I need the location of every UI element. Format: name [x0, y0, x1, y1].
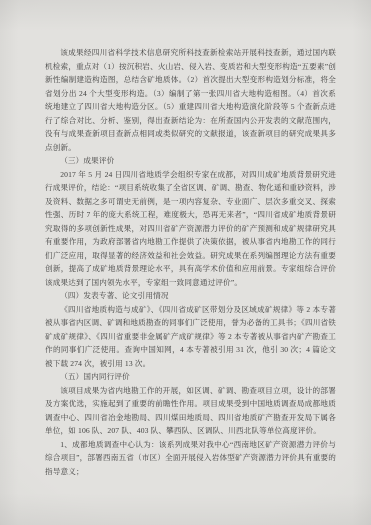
paragraph-novelty-search-conclusion: 该成果经四川省科学技术信息研究所科技查新检索站开展科技查新，通过国内联机检索，重…	[45, 46, 336, 154]
heading-section-4-publications-citations: （四）发表专著、论文引用情况	[45, 289, 336, 303]
document-body: 该成果经四川省科学技术信息研究所科技查新检索站开展科技查新，通过国内联机检索，重…	[45, 46, 336, 478]
paragraph-expert-evaluation: 2017 年 5 月 24 日四川省地质学会组织专家在成都，对四川成矿地质背景研…	[45, 168, 336, 290]
paragraph-chengdu-geological-survey-center-opinion: 1、成都地质调查中心认为：该系列成果对我中心“西南地区矿产资源潜力评价与综合项目…	[45, 438, 336, 479]
heading-section-5-domestic-peer-review: （五）国内同行评价	[45, 370, 336, 384]
paragraph-peer-review-overview: 该项目成果为省内地勘工作的开展，如区调、矿调、勘查项目立项，设计的部署及方案优选…	[45, 384, 336, 438]
heading-section-3-achievement-evaluation: （三）成果评价	[45, 154, 336, 168]
scanned-document-page: 该成果经四川省科学技术信息研究所科技查新检索站开展科技查新，通过国内联机检索，重…	[0, 0, 371, 525]
paragraph-publications-citations: 《四川省地质构造与成矿》、《四川省成矿区带划分及区域成矿规律》等 2 本专著被从…	[45, 303, 336, 371]
